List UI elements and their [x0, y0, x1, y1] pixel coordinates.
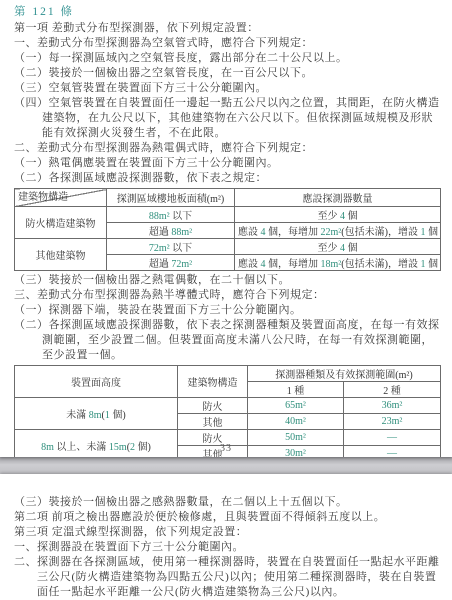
table-cell: 36m² — [344, 398, 441, 414]
table-cell: 至少 4 個 — [235, 207, 441, 223]
table-header-structure: 建築物構造 — [15, 189, 107, 207]
table-cell: 防火構造建築物 — [15, 207, 107, 239]
table-row: 未滿 8m(1 個) 防火 65m² 36m² — [15, 398, 441, 414]
table-cell: 未滿 8m(1 個) — [15, 398, 178, 430]
detector-count-table: 建築物構造 探測區域樓地板面積(m²) 應設探測器數量 防火構造建築物 88m²… — [14, 188, 441, 271]
table-cell: 防火 — [178, 398, 248, 414]
paragraph-line: 第三項 定溫式線型探測器，依下列規定設置： — [14, 525, 440, 540]
paragraph-line: 二、差動式分布型探測器為熱電偶式時，應符合下列規定： — [14, 141, 440, 156]
table-header-structure: 建築物構造 — [178, 366, 248, 398]
paragraph-line: 二、探測器在各探測區域，使用第一種探測器時，裝置在自裝置面任一點起水平距離三公尺… — [14, 555, 440, 600]
page-gap — [0, 457, 452, 474]
paragraph-line: （四）空氣管裝置在自裝置面任一邊起一點五公尺以內之位置，其間距，在防火構造建築物… — [14, 96, 440, 141]
table-cell: 應設 4 個，每增加 18m²(包括未滿)，增設 1 個 — [235, 255, 441, 271]
table-header-floor-area: 探測區域樓地板面積(m²) — [107, 189, 235, 207]
paragraph-line: （三）空氣管裝置在裝置面下方三十公分範圍內。 — [14, 81, 440, 96]
table-cell: 其他建築物 — [15, 239, 107, 271]
table-cell: 超過 88m² — [107, 223, 235, 239]
paragraph-line: （二）各探測區域應設探測器數，依下表之探測器種類及裝置面高度，在每一有效探測範圍… — [14, 318, 440, 363]
paragraph-line: （一）熱電偶應裝置在裝置面下方三十公分範圍內。 — [14, 156, 440, 171]
table-cell: 應設 4 個，每增加 22m²(包括未滿)，增設 1 個 — [235, 223, 441, 239]
paragraph-line: （一）探測器下端，裝設在裝置面下方三十公分範圍內。 — [14, 303, 440, 318]
paragraph-line: （二）裝接於一個檢出器之空氣管長度，在一百公尺以下。 — [14, 66, 440, 81]
article-heading: 第 121 條 — [14, 4, 440, 20]
table-header-mount-height: 裝置面高度 — [15, 366, 178, 398]
paragraph-line: 一、差動式分布型探測器為空氣管式時，應符合下列規定： — [14, 36, 440, 51]
table-header-range: 探測器種類及有效探測範圍(m²) — [248, 366, 441, 382]
paragraph-line: （二）各探測區域應設探測器數，依下表之規定： — [14, 171, 440, 186]
table-cell: 23m² — [344, 414, 441, 430]
paragraph-line: 三、差動式分布型探測器為熱半導體式時，應符合下列規定： — [14, 288, 440, 303]
paragraph-line: （三）裝接於一個檢出器之感熱器數量，在二個以上十五個以下。 — [14, 495, 440, 510]
table-header-type-2: 2 種 — [344, 382, 441, 398]
page-2: （三）裝接於一個檢出器之感熱器數量，在二個以上十五個以下。 第二項 前項之檢出器… — [0, 474, 452, 600]
table-cell: 至少 4 個 — [235, 239, 441, 255]
table-row: 其他建築物 72m² 以下 至少 4 個 — [15, 239, 441, 255]
table-row: 防火構造建築物 88m² 以下 至少 4 個 — [15, 207, 441, 223]
table-cell: 超過 72m² — [107, 255, 235, 271]
table-header-required-count: 應設探測器數量 — [235, 189, 441, 207]
table-header-type-1: 1 種 — [248, 382, 344, 398]
paragraph-line: （一）每一探測區域內之空氣管長度，露出部分在二十公尺以上。 — [14, 51, 440, 66]
page-number: 33 — [0, 443, 452, 454]
table-cell: 其他 — [178, 414, 248, 430]
table-cell: 72m² 以下 — [107, 239, 235, 255]
paragraph-line: 一、探測器設在裝置面下方三十公分範圍內。 — [14, 540, 440, 555]
paragraph-line: 第一項 差動式分布型探測器，依下列規定設置： — [14, 21, 440, 36]
paragraph-line: （三）裝接於一個檢出器之熱電偶數，在二十個以下。 — [14, 273, 440, 288]
paragraph-line: 第二項 前項之檢出器應設於便於檢修處，且與裝置面不得傾斜五度以上。 — [14, 510, 440, 525]
table-cell: 65m² — [248, 398, 344, 414]
table-cell: 88m² 以下 — [107, 207, 235, 223]
table-cell: 40m² — [248, 414, 344, 430]
page-1: 第 121 條 第一項 差動式分布型探測器，依下列規定設置： 一、差動式分布型探… — [0, 0, 452, 457]
